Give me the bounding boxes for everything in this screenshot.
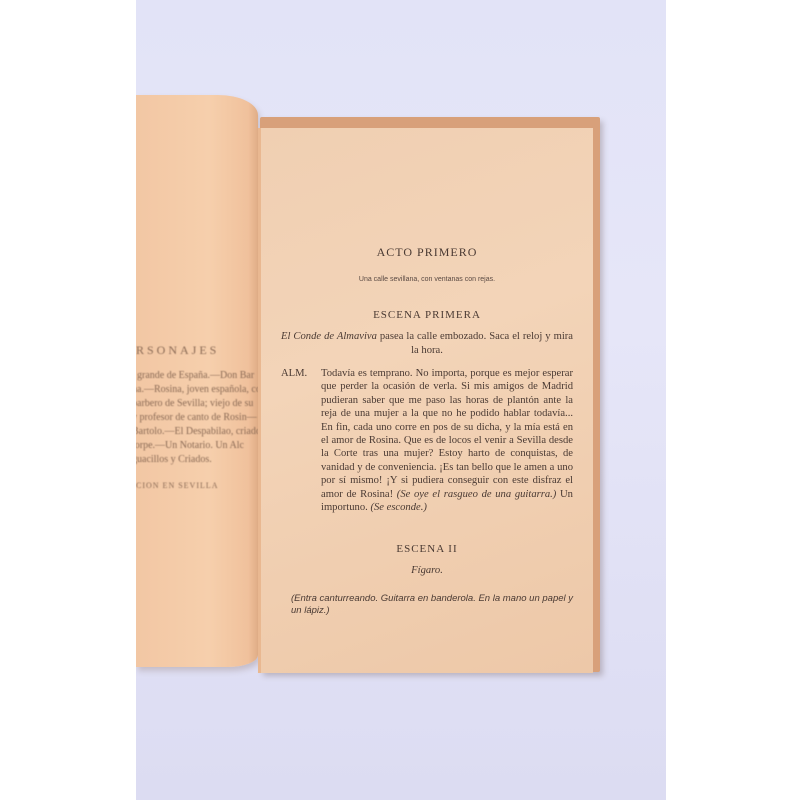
characters-line: barbero de Sevilla; viejo de su [136, 397, 258, 411]
characters-title: RSONAJES [136, 343, 258, 357]
characters-line: Bartolo.—El Despabilao, criado [136, 425, 258, 439]
speech-text: Todavía es temprano. No importa, porque … [321, 367, 573, 514]
characters-list: RSONAJES , grande de España.—Don Bar na.… [136, 343, 258, 493]
setting-text: Una calle sevillana, con ventanas con re… [281, 273, 573, 286]
speaker-name: ALM. [281, 367, 321, 514]
stage-direction-text: pasea la calle embozado. Saca el reloj y… [377, 331, 573, 355]
setting-footer: CION EN SEVILLA [136, 479, 258, 493]
left-page: RSONAJES , grande de España.—Don Bar na.… [136, 95, 258, 667]
entry-direction: (Entra canturreando. Guitarra en bandero… [281, 593, 573, 617]
characters-line: y profesor de canto de Rosin— [136, 411, 258, 425]
right-page: ACTO PRIMERO Una calle sevillana, con ve… [258, 128, 593, 673]
scene-title: ESCENA II [281, 543, 573, 556]
scene-title: ESCENA PRIMERA [281, 309, 573, 322]
photo: RSONAJES , grande de España.—Don Bar na.… [136, 0, 666, 800]
stage-direction-character: El Conde de Almaviva [281, 331, 377, 342]
characters-line: na.—Rosina, joven española, con [136, 383, 258, 397]
speech-main: Todavía es temprano. No importa, porque … [321, 368, 573, 500]
characters-line: guacillos y Criados. [136, 453, 258, 467]
speech-aside: (Se esconde.) [370, 502, 426, 513]
characters-line: torpe.—Un Notario. Un Alc [136, 439, 258, 453]
character-name: Fígaro. [281, 564, 573, 577]
speech: ALM. Todavía es temprano. No importa, po… [281, 367, 573, 514]
speech-aside: (Se oye el rasgueo de una guitarra.) [397, 489, 557, 500]
act-title: ACTO PRIMERO [281, 246, 573, 259]
page-content: ACTO PRIMERO Una calle sevillana, con ve… [281, 246, 573, 617]
characters-line: , grande de España.—Don Bar [136, 369, 258, 383]
stage-direction: El Conde de Almaviva pasea la calle embo… [281, 330, 573, 357]
